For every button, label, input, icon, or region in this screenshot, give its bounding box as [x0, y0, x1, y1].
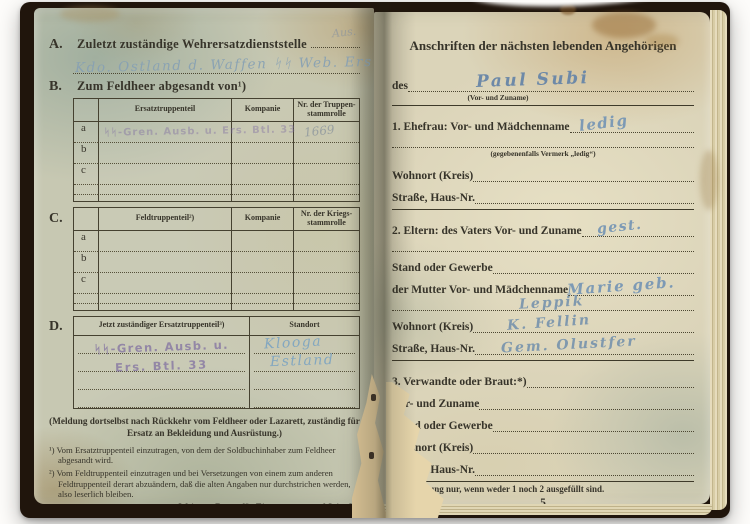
section-d-letter: D.	[49, 316, 73, 409]
handwritten-mutter-maidenname: Leppik	[518, 293, 584, 312]
table-cell: ᛋᛋ-Gren. Ausb. u. Ers. Btl. 33	[74, 336, 249, 408]
dotted-leader	[479, 396, 694, 410]
section-a-entry-line: Kdo. Ostland d. Waffen ᛋᛋ Web. Ers.	[73, 54, 360, 74]
table-cell	[74, 185, 98, 195]
strasse-row-3: Straße, Haus-Nr.	[392, 454, 694, 476]
table-cell: 1669	[293, 122, 359, 143]
section-b-row: B. Zum Feldheer abgesandt von¹)	[49, 79, 360, 95]
table-cell	[98, 185, 231, 195]
table-cell	[98, 252, 231, 273]
table-cell	[231, 252, 293, 273]
table-cell	[74, 208, 98, 231]
table-cell	[231, 304, 293, 310]
eltern-label: 2. Eltern: des Vaters Vor- und Zuname	[392, 225, 582, 237]
handwritten-standort-line1: Klooga	[264, 333, 323, 352]
photo-background: A. Zuletzt zuständige Wehrersatzdienstst…	[0, 0, 750, 524]
section-divider	[392, 105, 694, 106]
section-b-letter: B.	[49, 79, 73, 95]
meldung-note: (Meldung dortselbst nach Rückkehr vom Fe…	[49, 416, 360, 440]
section-b-title: Zum Feldheer abgesandt von¹)	[77, 79, 246, 94]
section-divider	[392, 209, 694, 210]
table-cell: Klooga Estland	[249, 336, 359, 408]
verwandte-label: 3. Verwandte oder Braut:*)	[392, 376, 527, 388]
row-label-b: b	[74, 143, 98, 164]
mutter-extra-line: Leppik	[392, 296, 694, 311]
table-cell	[293, 164, 359, 185]
table-b-header-stammrolle: Nr. der Truppen-stammrolle	[293, 99, 359, 122]
section-c-letter: C.	[49, 207, 73, 311]
section-a-title: Zuletzt zuständige Wehrersatzdienststell…	[77, 37, 307, 52]
wohnort-row-1: Wohnort (Kreis)	[392, 160, 694, 182]
table-cell	[293, 195, 359, 201]
section-a-row: A. Zuletzt zuständige Wehrersatzdienstst…	[49, 34, 360, 53]
more-room-note: Weiterer Raum für Eintragungen auf Seite…	[49, 502, 360, 504]
asterisk-footnote: *) Ausfüllung nur, wenn weder 1 noch 2 a…	[392, 484, 694, 494]
dotted-leader	[475, 190, 694, 204]
name-caption: (Vor- und Zuname)	[392, 93, 604, 102]
row-label-c: c	[74, 164, 98, 185]
table-cell	[98, 164, 231, 185]
verwandte-row: 3. Verwandte oder Braut:*)	[392, 366, 694, 388]
row-label-c: c	[74, 273, 98, 294]
page-title: Anschriften der nächsten lebenden Angehö…	[392, 38, 694, 54]
table-cell	[74, 195, 98, 201]
wohnort-row-3: Wohnort (Kreis)	[392, 432, 694, 454]
ledig-caption: (gegebenenfalls Vermerk „ledig“)	[392, 149, 694, 158]
dotted-leader	[392, 238, 694, 252]
mutter-label: der Mutter Vor- und Mädchenname	[392, 284, 568, 296]
table-cell	[231, 195, 293, 201]
table-cell	[74, 99, 98, 122]
section-c-row: C. Feldtruppenteil²) Kompanie Nr. der Kr…	[49, 207, 360, 311]
dotted-leader	[473, 440, 694, 454]
dotted-leader	[392, 134, 694, 148]
table-cell: ᛋᛋ-Gren. Ausb. u. Ers. Btl. 33	[98, 122, 231, 143]
row-label-b: b	[74, 252, 98, 273]
ehefrau-extra-line	[392, 133, 694, 148]
staple-top	[371, 394, 376, 401]
handwritten-wehrersatz-entry: Kdo. Ostland d. Waffen ᛋᛋ Web. Ers.	[75, 54, 374, 76]
table-cell	[293, 185, 359, 195]
row-label-a: a	[74, 122, 98, 143]
strasse-label: Straße, Haus-Nr.	[392, 192, 475, 204]
dotted-leader	[473, 168, 694, 182]
table-cell	[231, 143, 293, 164]
table-c-header-feldtruppenteil: Feldtruppenteil²)	[98, 208, 231, 231]
table-b-header-ersatztruppenteil: Ersatztruppenteil	[98, 99, 231, 122]
dotted-leader	[493, 418, 694, 432]
table-cell	[293, 304, 359, 310]
table-b-header-kompanie: Kompanie	[231, 99, 293, 122]
table-cell	[74, 304, 98, 310]
ehefrau-label: 1. Ehefrau: Vor- und Mädchenname	[392, 121, 570, 133]
dotted-leader	[475, 462, 694, 476]
table-c-header-kompanie: Kompanie	[231, 208, 293, 231]
dotted-leader	[527, 374, 694, 388]
table-cell	[293, 273, 359, 294]
strasse-label: Straße, Haus-Nr.	[392, 343, 475, 355]
des-name-row: des Paul Subi	[392, 66, 694, 92]
dotted-leader	[493, 260, 694, 274]
section-divider	[392, 360, 694, 361]
handwritten-standort-line2: Estland	[270, 352, 335, 370]
dotted-line	[254, 390, 355, 408]
section-d-row: D. Jetzt zuständiger Ersatztruppenteil³)…	[49, 316, 360, 409]
table-d: Jetzt zuständiger Ersatztruppenteil³) St…	[73, 316, 360, 409]
table-cell	[293, 231, 359, 252]
table-d-header-standort: Standort	[249, 317, 359, 336]
des-label: des	[392, 80, 408, 92]
mutter-row: der Mutter Vor- und Mädchenname Marie ge…	[392, 274, 694, 296]
table-cell	[98, 143, 231, 164]
table-cell	[231, 294, 293, 304]
table-cell	[98, 304, 231, 310]
section-divider	[392, 481, 694, 482]
wohnort-row-2: Wohnort (Kreis) K. Fellin	[392, 311, 694, 333]
dotted-line	[78, 390, 245, 408]
table-d-header-ersatztruppenteil: Jetzt zuständiger Ersatztruppenteil³)	[74, 317, 249, 336]
dotted-line	[254, 372, 355, 390]
table-cell	[293, 252, 359, 273]
table-c: Feldtruppenteil²) Kompanie Nr. der Krieg…	[73, 207, 360, 311]
table-cell	[98, 294, 231, 304]
table-cell	[98, 195, 231, 201]
handwritten-stammrolle-number: 1669	[303, 122, 335, 139]
staple-bottom	[369, 452, 374, 459]
row-label-a: a	[74, 231, 98, 252]
wohnort-label: Wohnort (Kreis)	[392, 321, 473, 333]
table-cell	[98, 231, 231, 252]
table-b: Ersatztruppenteil Kompanie Nr. der Trupp…	[73, 98, 360, 202]
handwritten-corner-note: Aus.	[331, 25, 356, 40]
footnote-2: ²) Vom Feldtruppenteil einzutragen und b…	[49, 468, 360, 500]
page-left: A. Zuletzt zuständige Wehrersatzdienstst…	[34, 8, 374, 504]
stand-row-3: Stand oder Gewerbe	[392, 410, 694, 432]
table-cell	[74, 294, 98, 304]
table-cell	[293, 143, 359, 164]
footnote-1: ¹) Vom Ersatztruppenteil einzutragen, vo…	[49, 445, 360, 466]
strasse-row-1: Straße, Haus-Nr.	[392, 182, 694, 204]
section-a-letter: A.	[49, 37, 73, 53]
vorzuname-row: Vor- und Zuname	[392, 388, 694, 410]
ehefrau-row: 1. Ehefrau: Vor- und Mädchenname ledig	[392, 111, 694, 133]
table-cell	[231, 231, 293, 252]
soldbuch-book: A. Zuletzt zuständige Wehrersatzdienstst…	[20, 2, 730, 518]
stand-row-2: Stand oder Gewerbe	[392, 252, 694, 274]
table-cell	[293, 294, 359, 304]
table-cell	[231, 185, 293, 195]
handwritten-name: Paul Subi	[476, 68, 590, 92]
wohnort-label: Wohnort (Kreis)	[392, 170, 473, 182]
table-cell	[98, 273, 231, 294]
page-edges-right	[710, 10, 727, 510]
eltern-row: 2. Eltern: des Vaters Vor- und Zuname ge…	[392, 215, 694, 237]
table-c-header-kriegsstammrolle: Nr. der Kriegs-stammrolle	[293, 208, 359, 231]
strasse-row-2: Straße, Haus-Nr. Gem. Olustfer	[392, 333, 694, 355]
table-cell	[231, 164, 293, 185]
stand-label: Stand oder Gewerbe	[392, 262, 493, 274]
table-cell	[231, 273, 293, 294]
page-right: Anschriften der nächsten lebenden Angehö…	[374, 12, 710, 504]
eltern-extra-line	[392, 237, 694, 252]
